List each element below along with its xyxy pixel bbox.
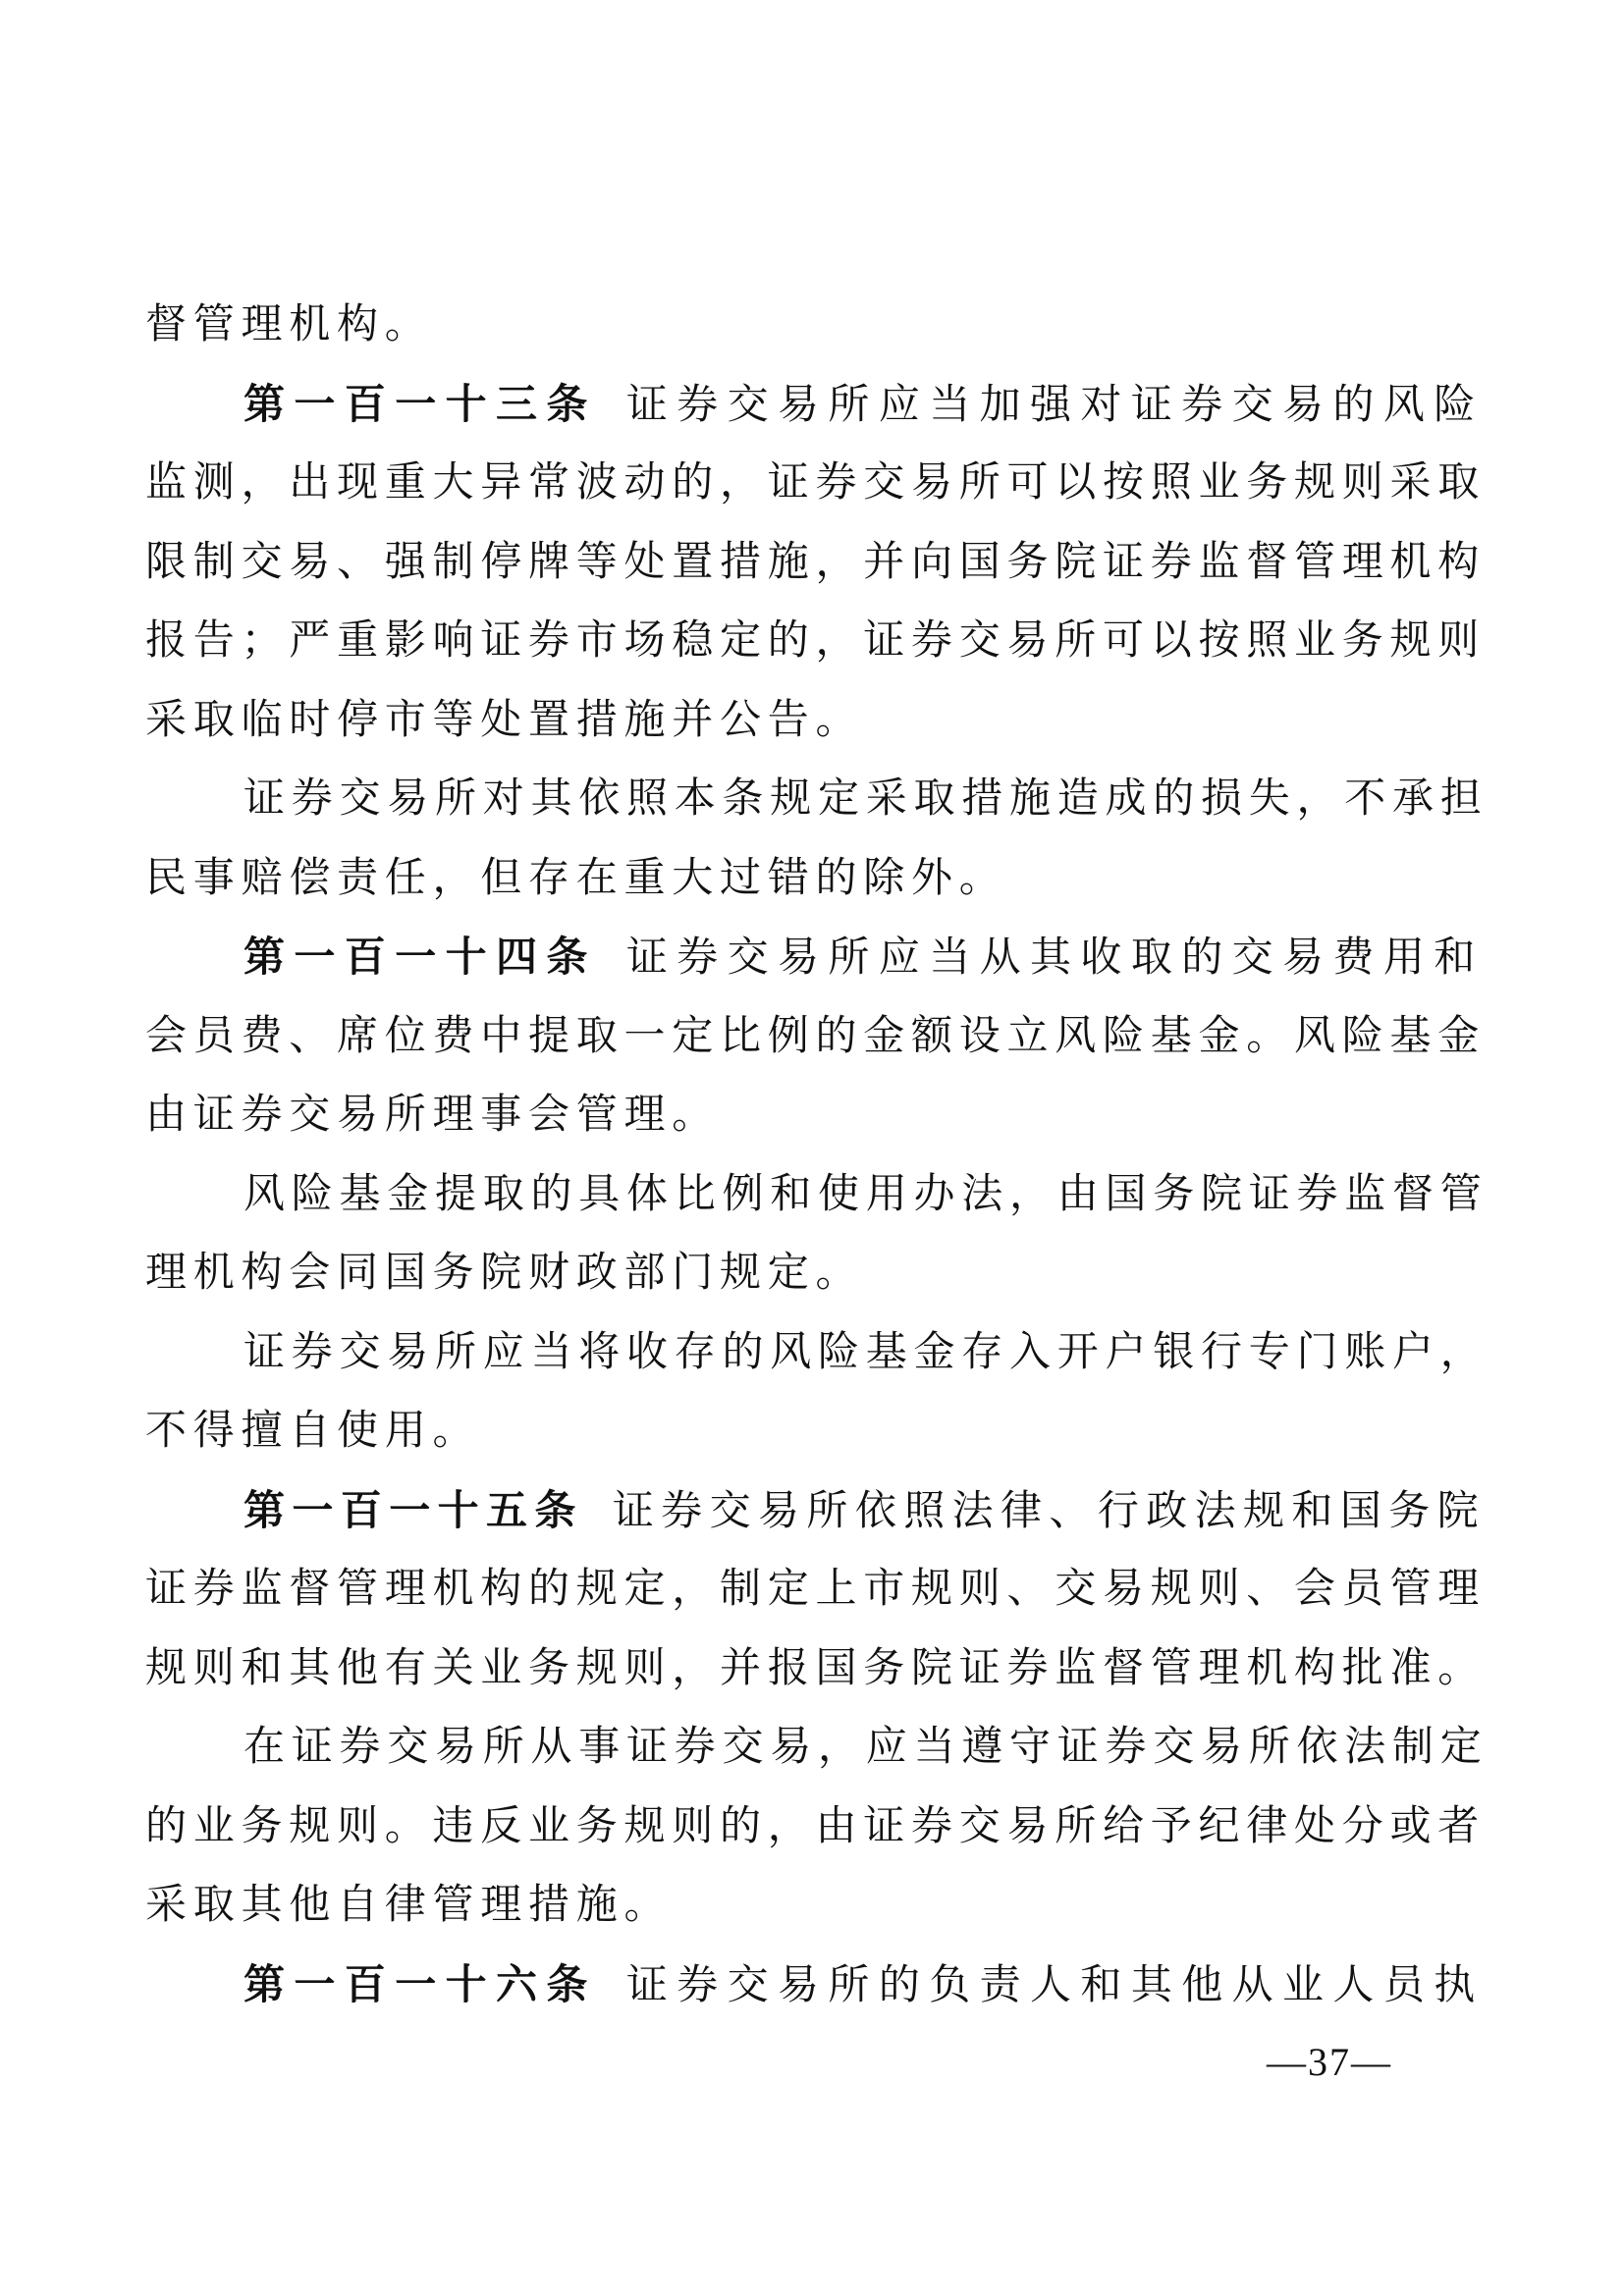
text-line: 在证券交易所从事证券交易，应当遵守证券交易所依法制定 <box>145 1708 1486 1788</box>
line-text: 的业务规则。违反业务规则的，由证券交易所给予纪律处分或者 <box>145 1804 1486 1849</box>
text-line: 规则和其他有关业务规则，并报国务院证券监督管理机构批准。 <box>145 1629 1486 1709</box>
text-block: 督管理机构。 第一百一十三条证券交易所应当加强对证券交易的风险 监测，出现重大异… <box>145 286 1486 2024</box>
text-line: 第一百一十六条证券交易所的负责人和其他从业人员执 <box>145 1946 1486 2025</box>
text-line: 民事赔偿责任，但存在重大过错的除外。 <box>145 839 1486 919</box>
text-line: 采取临时停市等处置措施并公告。 <box>145 681 1486 761</box>
line-text: 不得擅自使用。 <box>145 1409 480 1454</box>
line-text: 证券监督管理机构的规定，制定上市规则、交易规则、会员管理 <box>145 1567 1486 1612</box>
line-text: 在证券交易所从事证券交易，应当遵守证券交易所依法制定 <box>244 1725 1489 1770</box>
line-text: 证券交易所的负责人和其他从业人员执 <box>626 1963 1485 2008</box>
text-line: 第一百一十三条证券交易所应当加强对证券交易的风险 <box>145 365 1486 445</box>
line-text: 证券交易所依照法律、行政法规和国务院 <box>613 1489 1486 1534</box>
text-line: 第一百一十五条证券交易所依照法律、行政法规和国务院 <box>145 1471 1486 1551</box>
line-text: 证券交易所应当从其收取的交易费用和 <box>626 935 1485 981</box>
page-number: —37— <box>1267 2040 1392 2085</box>
text-line: 证券交易所对其依照本条规定采取措施造成的损失，不承担 <box>145 760 1486 839</box>
article-115-number: 第一百一十五条 <box>244 1487 583 1533</box>
text-line: 风险基金提取的具体比例和使用办法，由国务院证券监督管 <box>145 1155 1486 1235</box>
text-line: 第一百一十四条证券交易所应当从其收取的交易费用和 <box>145 918 1486 997</box>
line-text: 由证券交易所理事会管理。 <box>145 1093 720 1138</box>
line-text: 证券交易所对其依照本条规定采取措施造成的损失，不承担 <box>244 776 1489 822</box>
text-line: 督管理机构。 <box>145 286 1486 365</box>
line-text: 督管理机构。 <box>145 302 433 347</box>
article-113-number: 第一百一十三条 <box>244 381 597 427</box>
line-text: 规则和其他有关业务规则，并报国务院证券监督管理机构批准。 <box>145 1646 1486 1691</box>
line-text: 证券交易所应当将收存的风险基金存入开户银行专门账户， <box>244 1330 1489 1375</box>
text-line: 理机构会同国务院财政部门规定。 <box>145 1234 1486 1313</box>
line-text: 采取临时停市等处置措施并公告。 <box>145 698 863 743</box>
line-text: 证券交易所应当加强对证券交易的风险 <box>626 383 1485 428</box>
line-text: 会员费、席位费中提取一定比例的金额设立风险基金。风险基金 <box>145 1014 1486 1059</box>
document-page: 督管理机构。 第一百一十三条证券交易所应当加强对证券交易的风险 监测，出现重大异… <box>0 0 1624 2296</box>
text-line: 会员费、席位费中提取一定比例的金额设立风险基金。风险基金 <box>145 997 1486 1077</box>
line-text: 限制交易、强制停牌等处置措施，并向国务院证券监督管理机构 <box>145 540 1486 585</box>
text-line: 报告；严重影响证券市场稳定的，证券交易所可以按照业务规则 <box>145 602 1486 681</box>
text-line: 采取其他自律管理措施。 <box>145 1866 1486 1946</box>
line-text: 风险基金提取的具体比例和使用办法，由国务院证券监督管 <box>244 1172 1489 1217</box>
line-text: 采取其他自律管理措施。 <box>145 1883 672 1928</box>
text-line: 限制交易、强制停牌等处置措施，并向国务院证券监督管理机构 <box>145 523 1486 603</box>
line-text: 理机构会同国务院财政部门规定。 <box>145 1251 863 1296</box>
line-text: 报告；严重影响证券市场稳定的，证券交易所可以按照业务规则 <box>145 618 1486 664</box>
text-line: 证券监督管理机构的规定，制定上市规则、交易规则、会员管理 <box>145 1550 1486 1629</box>
text-line: 的业务规则。违反业务规则的，由证券交易所给予纪律处分或者 <box>145 1788 1486 1867</box>
article-116-number: 第一百一十六条 <box>244 1961 597 2007</box>
text-line: 由证券交易所理事会管理。 <box>145 1076 1486 1155</box>
line-text: 民事赔偿责任，但存在重大过错的除外。 <box>145 856 1007 901</box>
article-114-number: 第一百一十四条 <box>244 934 597 980</box>
text-line: 不得擅自使用。 <box>145 1392 1486 1471</box>
text-line: 监测，出现重大异常波动的，证券交易所可以按照业务规则采取 <box>145 444 1486 523</box>
line-text: 监测，出现重大异常波动的，证券交易所可以按照业务规则采取 <box>145 460 1486 506</box>
text-line: 证券交易所应当将收存的风险基金存入开户银行专门账户， <box>145 1313 1486 1393</box>
